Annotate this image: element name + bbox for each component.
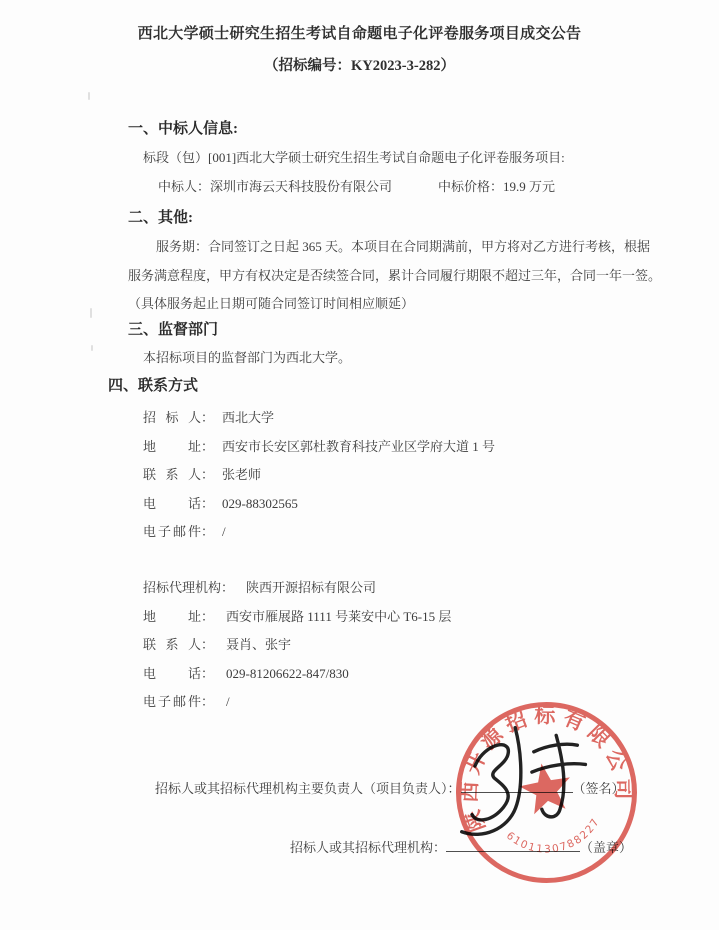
- section-heading-supervision: 三、监督部门: [128, 320, 719, 340]
- contact-value: 西安市长安区郭杜教育科技产业区学府大道 1 号: [222, 439, 495, 454]
- tenderer-contact-block: 招标人：西北大学 地址：西安市长安区郭杜教育科技产业区学府大道 1 号 联系人：…: [0, 408, 719, 541]
- colon: ：: [201, 467, 214, 482]
- contact-label: 电话: [143, 494, 201, 513]
- contact-value: 西北大学: [222, 410, 274, 425]
- scan-artifact: [88, 92, 90, 100]
- contact-row-tenderer-phone: 电话：029-88302565: [143, 494, 719, 513]
- contact-label: 电子邮件: [143, 692, 201, 711]
- contact-label: 联系人: [143, 635, 201, 654]
- contact-value: 029-81206622-847/830: [226, 666, 349, 681]
- supervision-body: 本招标项目的监督部门为西北大学。: [143, 348, 719, 367]
- service-period-line-1: 服务期：合同签订之日起 365 天。本项目在合同期满前，甲方将对乙方进行考核，根…: [128, 237, 719, 256]
- colon: ：: [201, 496, 214, 511]
- tender-number-subtitle: （招标编号：KY2023-3-282）: [0, 54, 719, 75]
- contact-row-tenderer-person: 联系人：张老师: [143, 465, 719, 484]
- scan-artifact: [91, 345, 93, 351]
- contact-row-agency-phone: 电话：029-81206622-847/830: [143, 664, 719, 683]
- contact-row-agency-address: 地址：西安市雁展路 1111 号莱安中心 T6-15 层: [143, 607, 719, 626]
- colon: ：: [201, 410, 214, 425]
- winner-label: 中标人：: [158, 179, 210, 194]
- contact-value: /: [226, 694, 230, 709]
- contact-value: 张老师: [222, 467, 261, 482]
- contact-row-tenderer-email: 电子邮件：/: [143, 522, 719, 541]
- contact-row-tenderer-address: 地址：西安市长安区郭杜教育科技产业区学府大道 1 号: [143, 437, 719, 456]
- document-title: 西北大学硕士研究生招生考试自命题电子化评卷服务项目成交公告: [0, 0, 719, 43]
- service-period-line-2: 服务满意程度，甲方有权决定是否续签合同，累计合同履行期限不超过三年，合同一年一签…: [128, 266, 719, 285]
- contact-label: 地址: [143, 437, 201, 456]
- section-heading-contact: 四、联系方式: [108, 376, 719, 396]
- lot-description-line: 标段（包）[001]西北大学硕士研究生招生考试自命题电子化评卷服务项目:: [143, 148, 719, 167]
- winner-line: 中标人：深圳市海云天科技股份有限公司中标价格：19.9 万元: [158, 177, 719, 196]
- contact-value: 西安市雁展路 1111 号莱安中心 T6-15 层: [226, 609, 451, 624]
- colon: ：: [201, 609, 214, 624]
- colon: ：: [201, 666, 214, 681]
- contact-row-agency-name: 招标代理机构：陕西开源招标有限公司: [143, 578, 719, 597]
- handwritten-signature: [442, 699, 625, 846]
- contact-value: /: [222, 524, 226, 539]
- document-page: 西北大学硕士研究生招生考试自命题电子化评卷服务项目成交公告 （招标编号：KY20…: [0, 0, 719, 930]
- colon: ：: [221, 580, 234, 595]
- signature-strokes: [452, 721, 592, 836]
- contact-row-tenderer-name: 招标人：西北大学: [143, 408, 719, 427]
- contact-value: 029-88302565: [222, 496, 298, 511]
- winner-name: 深圳市海云天科技股份有限公司: [210, 179, 392, 194]
- org-stamp-label: 招标人或其招标代理机构：: [290, 840, 446, 855]
- contact-label: 招标人: [143, 408, 201, 427]
- price-label: 中标价格：: [438, 179, 503, 194]
- section-heading-other: 二、其他:: [128, 208, 719, 228]
- contact-value: 陕西开源招标有限公司: [246, 580, 376, 595]
- colon: ：: [201, 524, 214, 539]
- contact-label: 电子邮件: [143, 522, 201, 541]
- section-heading-winner-info: 一、中标人信息:: [128, 119, 719, 139]
- scan-artifact: [90, 308, 92, 318]
- leader-signature-label: 招标人或其招标代理机构主要负责人（项目负责人）：: [155, 781, 461, 796]
- price-value: 19.9 万元: [503, 179, 555, 194]
- colon: ：: [201, 439, 214, 454]
- service-period-line-3: （具体服务起止日期可随合同签订时间相应顺延）: [128, 294, 719, 313]
- contact-value: 聂肖、张宇: [226, 637, 291, 652]
- contact-label: 电话: [143, 664, 201, 683]
- colon: ：: [201, 694, 214, 709]
- contact-label: 招标代理机构: [143, 578, 221, 597]
- colon: ：: [201, 637, 214, 652]
- contact-label: 地址: [143, 607, 201, 626]
- contact-label: 联系人: [143, 465, 201, 484]
- contact-row-agency-person: 联系人：聂肖、张宇: [143, 635, 719, 654]
